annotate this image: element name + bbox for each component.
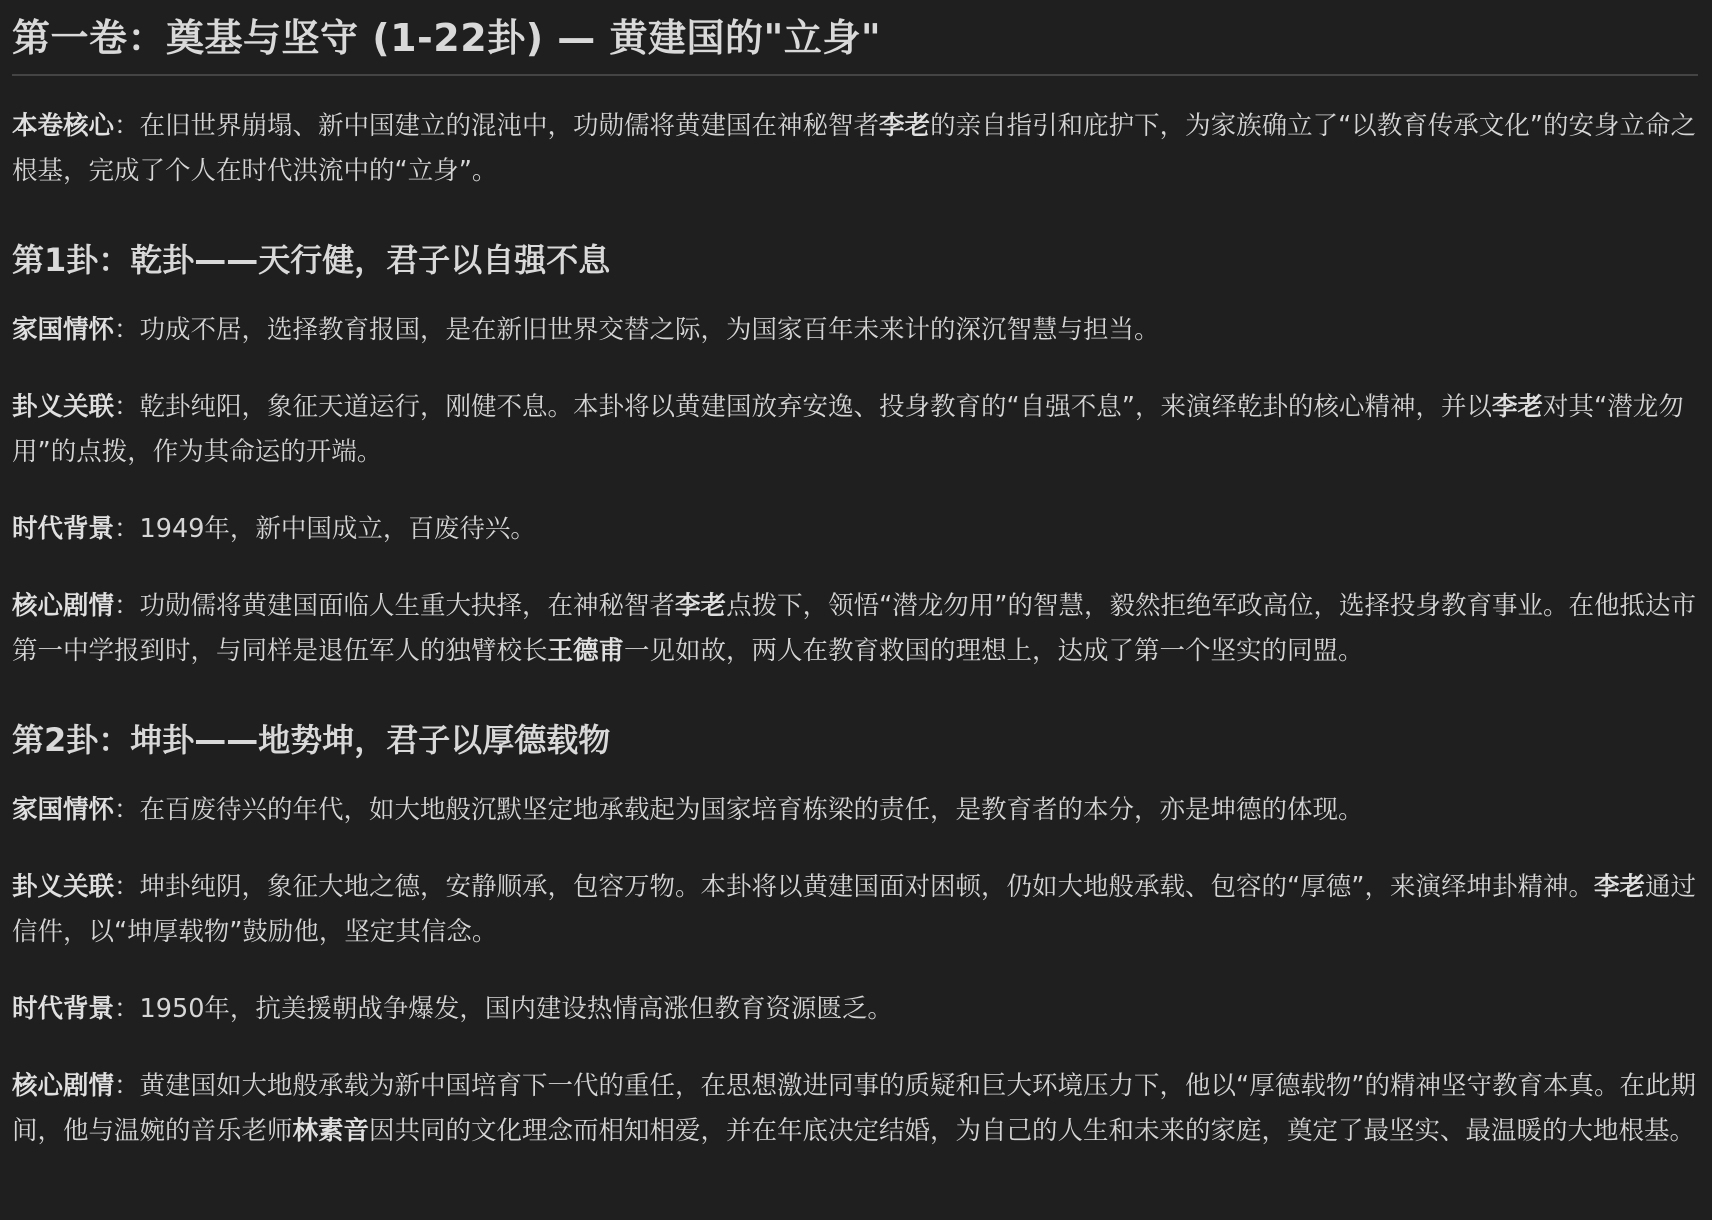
character-name: 李老 [675, 591, 726, 621]
intro-seg-0: 在旧世界崩塌、新中国建立的混沌中，功勋儒将黄建国在神秘智者 [140, 111, 880, 141]
hexagram-title: 第1卦：乾卦——天行健，君子以自强不息 [12, 238, 1698, 282]
field-label: 时代背景 [12, 994, 114, 1024]
field-text: 功成不居，选择教育报国，是在新旧世界交替之际，为国家百年未来计的深沉智慧与担当。 [140, 315, 1160, 345]
field-plot: 核心剧情：功勋儒将黄建国面临人生重大抉择，在神秘智者李老点拨下，领悟“潜龙勿用”… [12, 584, 1698, 674]
field-label: 核心剧情 [12, 1071, 114, 1101]
field-text: 乾卦纯阳，象征天道运行，刚健不息。本卦将以黄建国放弃安逸、投身教育的“自强不息”… [140, 392, 1492, 422]
field-label: 卦义关联 [12, 392, 114, 422]
field-jiaguo: 家国情怀：功成不居，选择教育报国，是在新旧世界交替之际，为国家百年未来计的深沉智… [12, 308, 1698, 353]
volume-title: 第一卷：奠基与坚守 (1-22卦) — 黄建国的"立身" [12, 0, 1698, 76]
field-jiaguo: 家国情怀：在百废待兴的年代，如大地般沉默坚定地承载起为国家培育栋梁的责任，是教育… [12, 788, 1698, 833]
field-guayi: 卦义关联：坤卦纯阴，象征大地之德，安静顺承，包容万物。本卦将以黄建国面对困顿，仍… [12, 865, 1698, 955]
hexagram-section-1: 第1卦：乾卦——天行健，君子以自强不息 家国情怀：功成不居，选择教育报国，是在新… [12, 238, 1698, 674]
field-separator: ： [114, 994, 140, 1024]
field-separator: ： [114, 111, 140, 141]
field-label: 时代背景 [12, 514, 114, 544]
character-name: 林素音 [293, 1116, 370, 1146]
field-label: 家国情怀 [12, 795, 114, 825]
field-label: 家国情怀 [12, 315, 114, 345]
field-separator: ： [114, 315, 140, 345]
hexagram-section-2: 第2卦：坤卦——地势坤，君子以厚德载物 家国情怀：在百废待兴的年代，如大地般沉默… [12, 718, 1698, 1154]
field-text: 坤卦纯阴，象征大地之德，安静顺承，包容万物。本卦将以黄建国面对困顿，仍如大地般承… [140, 872, 1594, 902]
field-separator: ： [114, 872, 140, 902]
field-separator: ： [114, 514, 140, 544]
field-separator: ： [114, 795, 140, 825]
document: 第一卷：奠基与坚守 (1-22卦) — 黄建国的"立身" 本卷核心：在旧世界崩塌… [0, 0, 1712, 1154]
field-separator: ： [114, 1071, 140, 1101]
field-separator: ： [114, 392, 140, 422]
field-background: 时代背景：1949年，新中国成立，百废待兴。 [12, 507, 1698, 552]
field-label: 核心剧情 [12, 591, 114, 621]
field-text: 功勋儒将黄建国面临人生重大抉择，在神秘智者 [140, 591, 676, 621]
volume-intro: 本卷核心：在旧世界崩塌、新中国建立的混沌中，功勋儒将黄建国在神秘智者李老的亲自指… [12, 104, 1698, 194]
field-separator: ： [114, 591, 140, 621]
field-plot: 核心剧情：黄建国如大地般承载为新中国培育下一代的重任，在思想激进同事的质疑和巨大… [12, 1064, 1698, 1154]
field-label: 本卷核心 [12, 111, 114, 141]
character-name: 李老 [1492, 392, 1543, 422]
field-text: 1949年，新中国成立，百废待兴。 [140, 514, 536, 544]
field-background: 时代背景：1950年，抗美援朝战争爆发，国内建设热情高涨但教育资源匮乏。 [12, 987, 1698, 1032]
field-text: 一见如故，两人在教育救国的理想上，达成了第一个坚实的同盟。 [624, 636, 1364, 666]
intro-seg-1-name: 李老 [879, 111, 930, 141]
field-guayi: 卦义关联：乾卦纯阳，象征天道运行，刚健不息。本卦将以黄建国放弃安逸、投身教育的“… [12, 385, 1698, 475]
field-text: 1950年，抗美援朝战争爆发，国内建设热情高涨但教育资源匮乏。 [140, 994, 893, 1024]
field-text: 因共同的文化理念而相知相爱，并在年底决定结婚，为自己的人生和未来的家庭，奠定了最… [369, 1116, 1695, 1146]
field-text: 在百废待兴的年代，如大地般沉默坚定地承载起为国家培育栋梁的责任，是教育者的本分，… [140, 795, 1364, 825]
character-name: 李老 [1594, 872, 1645, 902]
character-name: 王德甫 [548, 636, 625, 666]
hexagram-title: 第2卦：坤卦——地势坤，君子以厚德载物 [12, 718, 1698, 762]
field-label: 卦义关联 [12, 872, 114, 902]
